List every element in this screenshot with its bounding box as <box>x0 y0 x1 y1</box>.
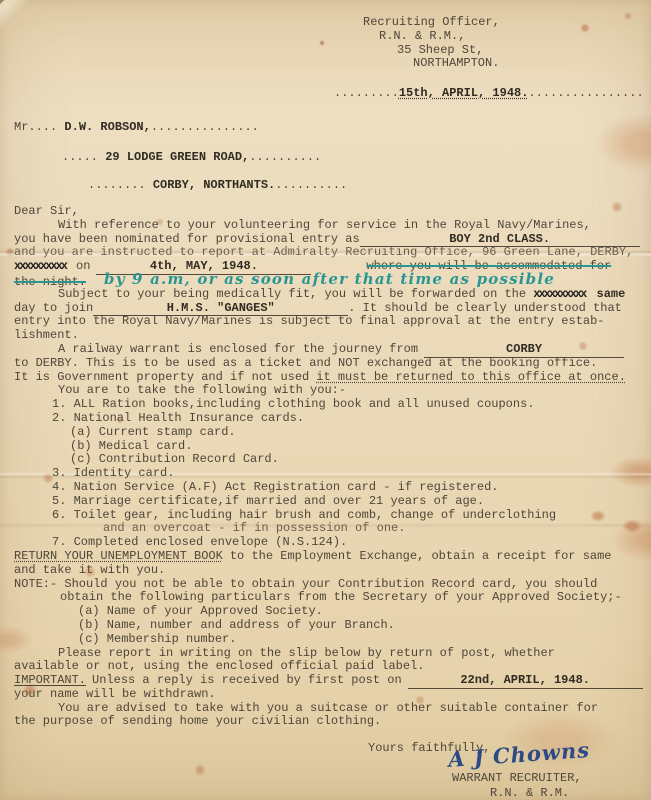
note-item-a: (a) Name of your Approved Society. <box>0 605 651 619</box>
para2-line2: day to joinH.M.S. "GANGES". It should be… <box>0 302 651 316</box>
letter-date: 15th, APRIL, 1948. <box>399 86 529 100</box>
letterhead-street: 35 Sheep St, <box>363 44 500 58</box>
checklist-item-4: 4. Nation Service (A.F) Act Registration… <box>0 481 651 495</box>
para1-line3: and you are instructed to report at Admi… <box>0 246 651 260</box>
para1-line1: With reference to your volunteering for … <box>0 219 651 233</box>
checklist-item-2c: (c) Contribution Record Card. <box>0 453 651 467</box>
dots: ............... <box>151 120 259 134</box>
letterhead-office: Recruiting Officer, <box>363 16 500 30</box>
letterhead-service: R.N. & R.M., <box>363 30 500 44</box>
handwritten-annotation: by 9 a.m, or as soon after that time as … <box>104 273 555 287</box>
important-line1: IMPORTANT.Unless a reply is received by … <box>0 674 651 688</box>
para2-line3: entry into the Royal Navy/Marines is sub… <box>0 315 651 329</box>
para2-line2-text: day to join <box>14 301 93 315</box>
important-line2: your name will be withdrawn. <box>0 688 651 702</box>
para3-line1: A railway warrant is enclosed for the jo… <box>0 343 651 357</box>
addressee-name: D.W. ROBSON, <box>64 120 150 134</box>
letterhead-city: NORTHAMPTON. <box>363 57 500 71</box>
para3-line1-text: A railway warrant is enclosed for the jo… <box>58 342 418 356</box>
checklist-item-2: 2. National Health Insurance cards. <box>0 412 651 426</box>
para2-line1-text: Subject to your being medically fit, you… <box>58 287 533 301</box>
return-warrant-underlined: it must be returned to this office at on… <box>316 370 626 384</box>
addressee-town: CORBY, NORTHANTS. <box>153 178 275 192</box>
important-line1-text: Unless a reply is received by first post… <box>92 673 402 687</box>
checklist-item-7: 7. Completed enclosed envelope (N.S.124)… <box>0 536 651 550</box>
checklist-intro: You are to take the following with you:- <box>0 384 651 398</box>
para3-line2: to DERBY. This is to be used as a ticket… <box>0 357 651 371</box>
addressee-prefix: Mr.... <box>14 120 64 134</box>
letter-body: Dear Sir, With reference to your volunte… <box>0 205 651 729</box>
salutation: Dear Sir, <box>0 205 651 219</box>
para3-line3-text: It is Government property and if not use… <box>14 370 309 384</box>
note-item-c: (c) Membership number. <box>0 633 651 647</box>
bent-corner <box>0 0 46 34</box>
checklist-item-5: 5. Marriage certificate,if married and o… <box>0 495 651 509</box>
dots: .......... <box>249 150 321 164</box>
unemployment-line2: and take it with you. <box>0 564 651 578</box>
important-label: IMPORTANT. <box>14 673 86 687</box>
para4-line1: Please report in writing on the slip bel… <box>0 647 651 661</box>
para1-line4-on: on <box>76 259 90 273</box>
unemployment-line1: RETURN YOUR UNEMPLOYMENT BOOKto the Empl… <box>0 550 651 564</box>
para1-line2-text: you have been nominated for provisional … <box>14 232 360 246</box>
addressee-street: 29 LODGE GREEN ROAD, <box>105 150 249 164</box>
para1-line5: the night.by 9 a.m, or as soon after tha… <box>0 274 651 288</box>
date-line: .........15th, APRIL, 1948..............… <box>334 86 644 100</box>
para3-line3: It is Government property and if not use… <box>0 371 651 385</box>
para1-line2: you have been nominated for provisional … <box>0 233 651 247</box>
checklist-item-6-cont: and an overcoat - if in possession of on… <box>0 522 651 536</box>
para2-line4: lishment. <box>0 329 651 343</box>
letterhead: Recruiting Officer, R.N. & R.M., 35 Shee… <box>363 16 500 71</box>
addressee-name-line: Mr.... D.W. ROBSON,............... <box>14 120 259 134</box>
dots: ..... <box>62 150 105 164</box>
checklist-item-1: 1. ALL Ration books,including clothing b… <box>0 398 651 412</box>
para2-line1: Subject to your being medically fit, you… <box>0 288 651 302</box>
para5-line2: the purpose of sending home your civilia… <box>0 715 651 729</box>
para4-line2: available or not, using the enclosed off… <box>0 660 651 674</box>
signer-service: R.N. & R.M. <box>490 786 569 800</box>
addressee-street-line: ..... 29 LODGE GREEN ROAD,.......... <box>62 150 321 164</box>
checklist-item-2b: (b) Medical card. <box>0 440 651 454</box>
para2-line2-rest: . It should be clearly understood that <box>348 301 622 315</box>
signer-title: WARRANT RECRUITER, <box>452 771 582 785</box>
unemployment-line1-rest: to the Employment Exchange, obtain a rec… <box>230 549 612 563</box>
unemployment-book-caps: RETURN YOUR UNEMPLOYMENT BOOK <box>14 549 223 563</box>
note-line2: obtain the following particulars from th… <box>0 591 651 605</box>
checklist-item-6: 6. Toilet gear, including hair brush and… <box>0 509 651 523</box>
reply-deadline-fill: 22nd, APRIL, 1948. <box>408 674 643 689</box>
date-trailer-dots: ................ <box>528 86 643 100</box>
dots: ........ <box>88 178 153 192</box>
checklist-item-2a: (a) Current stamp card. <box>0 426 651 440</box>
checklist-item-3: 3. Identity card. <box>0 467 651 481</box>
dots: .......... <box>275 178 347 192</box>
note-item-b: (b) Name, number and address of your Bra… <box>0 619 651 633</box>
para5-line1: You are advised to take with you a suitc… <box>0 702 651 716</box>
note-line1: NOTE:- Should you not be able to obtain … <box>0 578 651 592</box>
typed-over-text: xxxxxxxxxx <box>14 259 66 273</box>
typed-over-text: xxxxxxxxxx <box>533 287 585 301</box>
date-leader-dots: ......... <box>334 86 399 100</box>
letter-scan: Recruiting Officer, R.N. & R.M., 35 Shee… <box>0 0 651 800</box>
para2-line1-same: same <box>589 287 625 301</box>
addressee-town-line: ........ CORBY, NORTHANTS........... <box>88 178 347 192</box>
